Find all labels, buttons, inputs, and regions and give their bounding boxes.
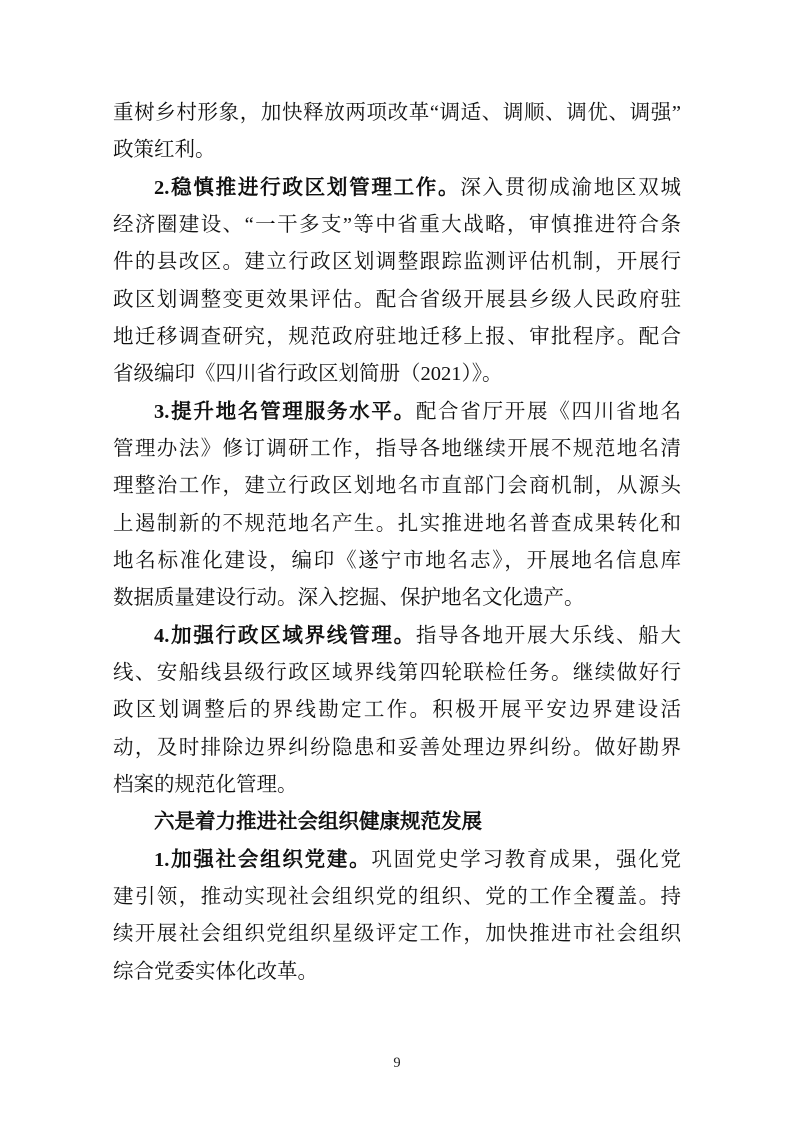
lead-emphasis-text: 4.加强行政区域界线管理。 [154, 625, 416, 647]
body-text: 理整治工作，建立行政区划地名市直部门会商机制，从源头 [113, 475, 681, 497]
body-text: 重树乡村形象，加快释放两项改革“调适、调顺、调优、调强” [113, 102, 681, 124]
body-text: 地迁移调查研究，规范政府驻地迁移上报、审批程序。配合 [113, 326, 681, 348]
text-line: 件的县改区。建立行政区划调整跟踪监测评估机制，开展行 [113, 244, 681, 281]
text-line: 管理办法》修订调研工作，指导各地继续开展不规范地名清 [113, 431, 681, 468]
body-text: 档案的规范化管理。 [113, 774, 298, 796]
document-page: 重树乡村形象，加快释放两项改革“调适、调顺、调优、调强”政策红利。2.稳慎推进行… [0, 0, 794, 1122]
text-line: 建引领，推动实现社会组织党的组织、党的工作全覆盖。持 [113, 879, 681, 916]
body-text: 管理办法》修订调研工作，指导各地继续开展不规范地名清 [113, 438, 681, 460]
text-line: 1.加强社会组织党建。巩固党史学习教育成果，强化党 [113, 842, 681, 879]
body-text: 数据质量建设行动。深入挖掘、保护地名文化遗产。 [113, 587, 585, 609]
body-text: 综合党委实体化改革。 [113, 961, 318, 983]
body-text: 线、安船线县级行政区域界线第四轮联检任务。继续做好行 [113, 662, 681, 684]
body-text: 省级编印《四川省行政区划简册（2021）》。 [113, 363, 503, 385]
text-line: 续开展社会组织党组织星级评定工作，加快推进市社会组织 [113, 916, 681, 953]
text-line: 3.提升地名管理服务水平。配合省厅开展《四川省地名 [113, 394, 681, 431]
text-line: 政区划调整变更效果评估。配合省级开展县乡级人民政府驻 [113, 282, 681, 319]
text-line: 档案的规范化管理。 [113, 767, 681, 804]
document-body: 重树乡村形象，加快释放两项改革“调适、调顺、调优、调强”政策红利。2.稳慎推进行… [113, 95, 681, 991]
page-number: 9 [393, 1055, 400, 1071]
text-line: 政区划调整后的界线勘定工作。积极开展平安边界建设活 [113, 692, 681, 729]
body-text: 政策红利。 [113, 139, 216, 161]
body-text: 配合省厅开展《四川省地名 [416, 401, 681, 423]
body-text: 建引领，推动实现社会组织党的组织、党的工作全覆盖。持 [113, 886, 681, 908]
body-text: 续开展社会组织党组织星级评定工作，加快推进市社会组织 [113, 923, 681, 945]
page-footer: 9 [0, 1055, 794, 1072]
section-heading-line: 六是着力推进社会组织健康规范发展 [113, 804, 681, 841]
body-text: 巩固党史学习教育成果，强化党 [371, 849, 681, 871]
text-line: 地名标准化建设，编印《遂宁市地名志》，开展地名信息库 [113, 543, 681, 580]
text-line: 动，及时排除边界纠纷隐患和妥善处理边界纠纷。做好勘界 [113, 730, 681, 767]
body-text: 指导各地开展大乐线、船大 [416, 625, 681, 647]
body-text: 政区划调整后的界线勘定工作。积极开展平安边界建设活 [113, 699, 681, 721]
body-text: 地名标准化建设，编印《遂宁市地名志》，开展地名信息库 [113, 550, 681, 572]
lead-emphasis-text: 2.稳慎推进行政区划管理工作。 [154, 177, 460, 199]
text-line: 2.稳慎推进行政区划管理工作。深入贯彻成渝地区双城 [113, 170, 681, 207]
text-line: 重树乡村形象，加快释放两项改革“调适、调顺、调优、调强” [113, 95, 681, 132]
body-text: 件的县改区。建立行政区划调整跟踪监测评估机制，开展行 [113, 251, 681, 273]
text-line: 理整治工作，建立行政区划地名市直部门会商机制，从源头 [113, 468, 681, 505]
lead-emphasis-text: 3.提升地名管理服务水平。 [154, 401, 416, 423]
text-line: 线、安船线县级行政区域界线第四轮联检任务。继续做好行 [113, 655, 681, 692]
body-text: 政区划调整变更效果评估。配合省级开展县乡级人民政府驻 [113, 289, 681, 311]
text-line: 政策红利。 [113, 132, 681, 169]
body-text: 经济圈建设、“一干多支”等中省重大战略，审慎推进符合条 [113, 214, 681, 236]
text-line: 地迁移调查研究，规范政府驻地迁移上报、审批程序。配合 [113, 319, 681, 356]
text-line: 省级编印《四川省行政区划简册（2021）》。 [113, 356, 681, 393]
body-text: 上遏制新的不规范地名产生。扎实推进地名普查成果转化和 [113, 513, 681, 535]
lead-emphasis-text: 六是着力推进社会组织健康规范发展 [154, 811, 482, 833]
lead-emphasis-text: 1.加强社会组织党建。 [154, 849, 371, 871]
text-line: 上遏制新的不规范地名产生。扎实推进地名普查成果转化和 [113, 506, 681, 543]
body-text: 深入贯彻成渝地区双城 [460, 177, 681, 199]
text-line: 4.加强行政区域界线管理。指导各地开展大乐线、船大 [113, 618, 681, 655]
body-text: 动，及时排除边界纠纷隐患和妥善处理边界纠纷。做好勘界 [113, 737, 681, 759]
text-line: 数据质量建设行动。深入挖掘、保护地名文化遗产。 [113, 580, 681, 617]
text-line: 综合党委实体化改革。 [113, 954, 681, 991]
text-line: 经济圈建设、“一干多支”等中省重大战略，审慎推进符合条 [113, 207, 681, 244]
